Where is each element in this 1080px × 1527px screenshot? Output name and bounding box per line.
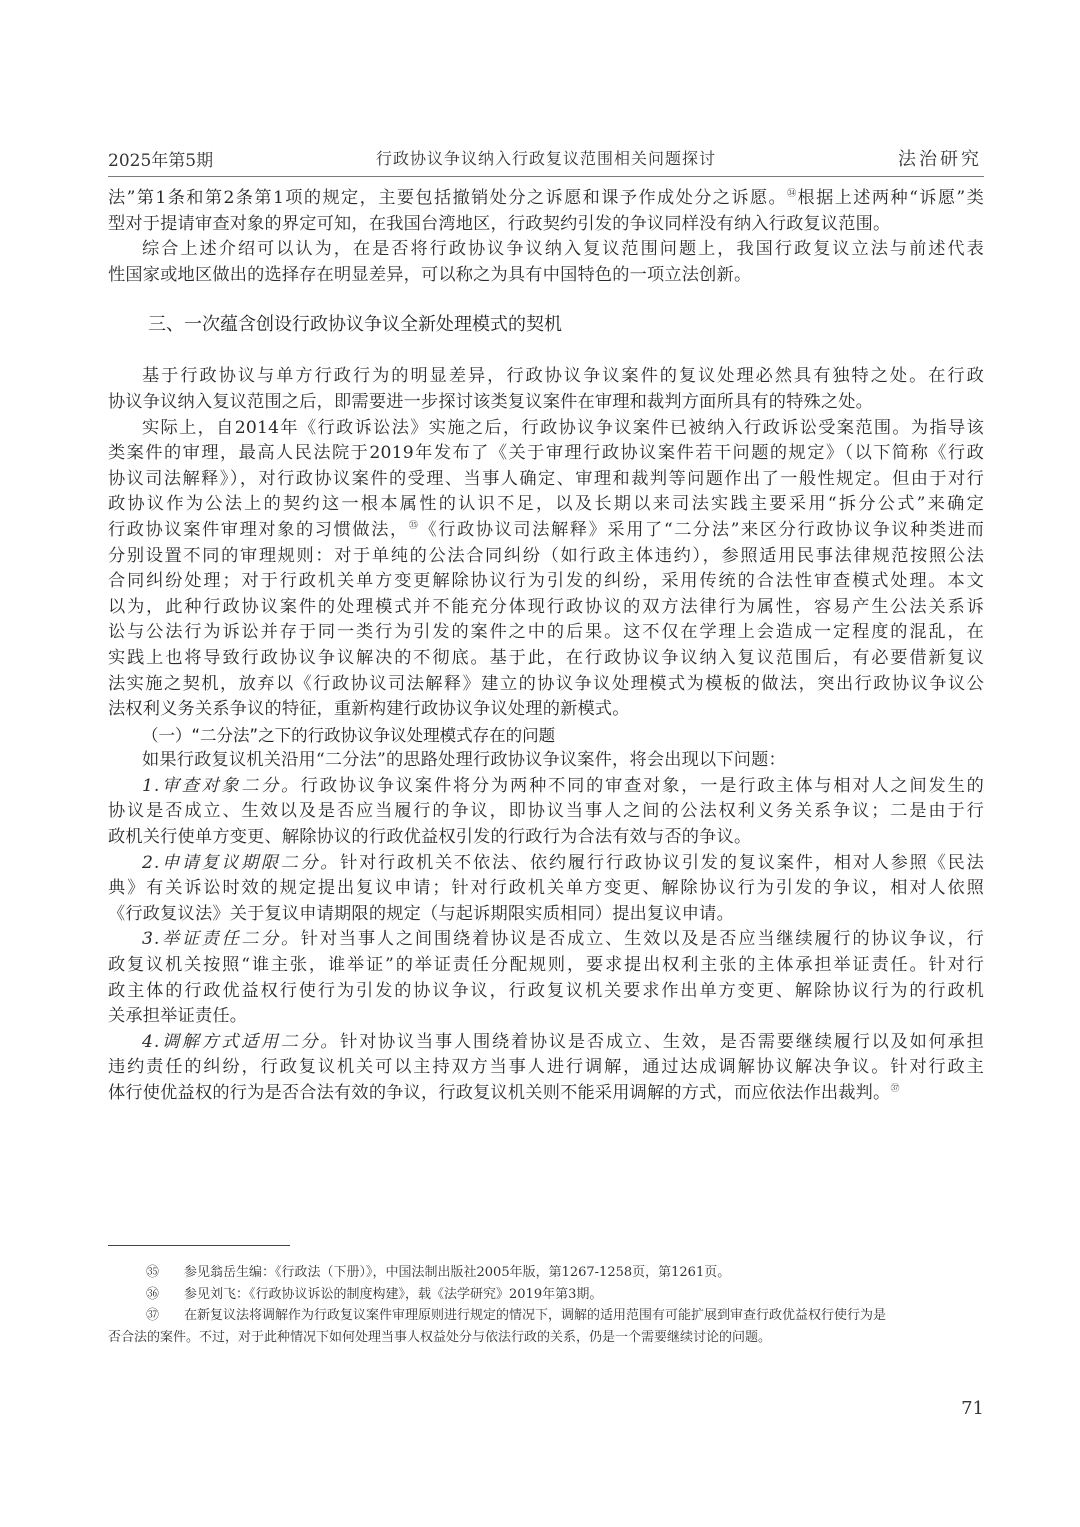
text-line: 协议司法解释》），对行政协议案件的受理、当事人确定、审理和裁判等问题作出了一般性… xyxy=(108,467,984,493)
text-line: 3.举证责任二分。针对当事人之间围绕着协议是否成立、生效以及是否应当继续履行的协… xyxy=(108,927,984,953)
text-line: 《行政复议法》关于复议申请期限的规定（与起诉期限实质相同）提出复议申请。 xyxy=(108,902,984,928)
issue-label: 2025年第5期 xyxy=(108,146,213,171)
text-line: 性国家或地区做出的选择存在明显差异，可以称之为具有中国特色的一项立法创新。 xyxy=(108,263,984,289)
text-line: 4.调解方式适用二分。针对协议当事人围绕着协议是否成立、生效，是否需要继续履行以… xyxy=(108,1030,984,1056)
text-line: 基于行政协议与单方行政行为的明显差异，行政协议争议案件的复议处理必然具有独特之处… xyxy=(108,364,984,390)
text-line: 综合上述介绍可以认为，在是否将行政协议争议纳入复议范围问题上，我国行政复议立法与… xyxy=(108,237,984,263)
footnote-continuation: 否合法的案件。不过，对于此种情况下如何处理当事人权益处分与依法行政的关系，仍是一… xyxy=(108,1327,984,1349)
text-line: 分别设置不同的审理规则：对于单纯的公法合同纠纷（如行政主体违约），参照适用民事法… xyxy=(108,544,984,570)
footnote-ref[interactable]: ㉟ xyxy=(409,521,420,531)
footnotes: ㉟参见翁岳生编：《行政法（下册）》，中国法制出版社2005年版，第1267-12… xyxy=(108,1262,984,1348)
text-line: 2.申请复议期限二分。针对行政机关不依法、依约履行行政协议引发的复议案件，相对人… xyxy=(108,851,984,877)
item-heading: 1.审查对象二分。 xyxy=(142,776,301,796)
text-line: 政协议作为公法上的契约这一根本属性的认识不足，以及长期以来司法实践主要采用“拆分… xyxy=(108,492,984,518)
footnote: ㊱参见刘飞：《行政协议诉讼的制度构建》，载《法学研究》2019年第3期。 xyxy=(108,1284,984,1306)
article-body: 法”第1条和第2条第1项的规定，主要包括撤销处分之诉愿和课予作成处分之诉愿。㉞根… xyxy=(108,186,984,1107)
text-line: 实践上也将导致行政协议争议解决的不彻底。基于此，在行政协议争议纳入复议范围后，有… xyxy=(108,646,984,672)
footnote: ㊲在新复议法将调解作为行政复议案件审理原则进行规定的情况下，调解的适用范围有可能… xyxy=(108,1305,984,1327)
text-line: 型对于提请审查对象的界定可知，在我国台湾地区，行政契约引发的争议同样没有纳入行政… xyxy=(108,212,984,238)
item-heading: 3.举证责任二分。 xyxy=(142,929,301,949)
text-span: 行政协议争议案件将分为两种不同的审查对象，一是行政主体与相对人之间发生的 xyxy=(301,776,984,796)
running-title: 行政协议争议纳入行政复议范围相关问题探讨 xyxy=(376,146,716,169)
footnote-number: ㉟ xyxy=(108,1262,184,1284)
text-line: 协议争议纳入复议范围之后，即需要进一步探讨该类复议案件在审理和裁判方面所具有的特… xyxy=(108,390,984,416)
text-line: 法”第1条和第2条第1项的规定，主要包括撤销处分之诉愿和课予作成处分之诉愿。㉞根… xyxy=(108,186,984,212)
footnote-text: 参见刘飞：《行政协议诉讼的制度构建》，载《法学研究》2019年第3期。 xyxy=(184,1287,602,1302)
paragraph: 基于行政协议与单方行政行为的明显差异，行政协议争议案件的复议处理必然具有独特之处… xyxy=(108,364,984,415)
footnote: ㉟参见翁岳生编：《行政法（下册）》，中国法制出版社2005年版，第1267-12… xyxy=(108,1262,984,1284)
footnote-text: 参见翁岳生编：《行政法（下册）》，中国法制出版社2005年版，第1267-125… xyxy=(184,1265,730,1280)
paragraph: 综合上述介绍可以认为，在是否将行政协议争议纳入复议范围问题上，我国行政复议立法与… xyxy=(108,237,984,288)
footnote-ref[interactable]: ㊲ xyxy=(890,1084,899,1094)
text-line: 以为，此种行政协议案件的处理模式并不能充分体现行政协议的双方法律行为属性，容易产… xyxy=(108,595,984,621)
text-line: 政复议机关按照“谁主张，谁举证”的举证责任分配规则，要求提出权利主张的主体承担举… xyxy=(108,953,984,979)
subsection-heading: （一）“二分法”之下的行政协议争议处理模式存在的问题 xyxy=(108,723,984,749)
journal-name: 法治研究 xyxy=(898,145,982,171)
text-line: 违约责任的纠纷，行政复议机关可以主持双方当事人进行调解，通过达成调解协议解决争议… xyxy=(108,1055,984,1081)
text-span: 根据上述两种“诉愿”类 xyxy=(798,188,984,208)
item-heading: 2.申请复议期限二分。 xyxy=(142,853,340,873)
text-line: 法权利义务关系争议的特征，重新构建行政协议争议处理的新模式。 xyxy=(108,697,984,723)
page-number: 71 xyxy=(961,1398,984,1419)
text-line: 如果行政复议机关沿用“二分法”的思路处理行政协议争议案件，将会出现以下问题： xyxy=(108,748,984,774)
section-heading: 三、一次蕴含创设行政协议争议全新处理模式的契机 xyxy=(108,312,984,338)
text-span: 针对行政机关不依法、依约履行行政协议引发的复议案件，相对人参照《民法 xyxy=(340,853,984,873)
footnote-ref[interactable]: ㉞ xyxy=(787,189,797,199)
item-heading: 4.调解方式适用二分。 xyxy=(142,1032,340,1052)
text-line: 典》有关诉讼时效的规定提出复议申请；针对行政机关单方变更、解除协议行为引发的争议… xyxy=(108,876,984,902)
text-line: 体行使优益权的行为是否合法有效的争议，行政复议机关则不能采用调解的方式，而应依法… xyxy=(108,1081,984,1107)
text-span: 行政协议案件审理对象的习惯做法， xyxy=(108,520,409,540)
text-line: 政机关行使单方变更、解除协议的行政优益权引发的行政行为合法有效与否的争议。 xyxy=(108,825,984,851)
text-span: 《行政协议司法解释》采用了“二分法”来区分行政协议争议种类进而 xyxy=(419,520,984,540)
list-item: 4.调解方式适用二分。针对协议当事人围绕着协议是否成立、生效，是否需要继续履行以… xyxy=(108,1030,984,1107)
text-line: 协议是否成立、生效以及是否应当履行的争议，即协议当事人之间的公法权利义务关系争议… xyxy=(108,799,984,825)
text-line: 行政协议案件审理对象的习惯做法，㉟《行政协议司法解释》采用了“二分法”来区分行政… xyxy=(108,518,984,544)
text-line: 类案件的审理，最高人民法院于2019年发布了《关于审理行政协议案件若干问题的规定… xyxy=(108,441,984,467)
text-line: 实际上，自2014年《行政诉讼法》实施之后，行政协议争议案件已被纳入行政诉讼受案… xyxy=(108,416,984,442)
text-line: 关承担举证责任。 xyxy=(108,1004,984,1030)
list-item: 3.举证责任二分。针对当事人之间围绕着协议是否成立、生效以及是否应当继续履行的协… xyxy=(108,927,984,1029)
list-item: 2.申请复议期限二分。针对行政机关不依法、依约履行行政协议引发的复议案件，相对人… xyxy=(108,851,984,928)
text-line: 政主体的行政优益权行使行为引发的协议争议，行政复议机关要求作出单方变更、解除协议… xyxy=(108,979,984,1005)
footnote-number: ㊲ xyxy=(108,1305,184,1327)
text-line: 1.审查对象二分。行政协议争议案件将分为两种不同的审查对象，一是行政主体与相对人… xyxy=(108,774,984,800)
text-line: 合同纠纷处理；对于行政机关单方变更解除协议行为引发的纠纷，采用传统的合法性审查模… xyxy=(108,569,984,595)
text-span: 法”第1条和第2条第1项的规定，主要包括撤销处分之诉愿和课予作成处分之诉愿。 xyxy=(108,188,787,208)
footnote-number: ㊱ xyxy=(108,1284,184,1306)
text-span: 针对当事人之间围绕着协议是否成立、生效以及是否应当继续履行的协议争议，行 xyxy=(301,929,984,949)
footnote-divider xyxy=(108,1245,290,1246)
footnote-text: 在新复议法将调解作为行政复议案件审理原则进行规定的情况下，调解的适用范围有可能扩… xyxy=(184,1308,886,1323)
text-line: 讼与公法行为诉讼并存于同一类行为引发的案件之中的后果。这不仅在学理上会造成一定程… xyxy=(108,620,984,646)
list-item: 1.审查对象二分。行政协议争议案件将分为两种不同的审查对象，一是行政主体与相对人… xyxy=(108,774,984,851)
paragraph: 法”第1条和第2条第1项的规定，主要包括撤销处分之诉愿和课予作成处分之诉愿。㉞根… xyxy=(108,186,984,237)
running-header: 2025年第5期 行政协议争议纳入行政复议范围相关问题探讨 法治研究 xyxy=(108,146,984,177)
paragraph: 实际上，自2014年《行政诉讼法》实施之后，行政协议争议案件已被纳入行政诉讼受案… xyxy=(108,416,984,723)
text-line: 法实施之契机，放弃以《行政协议司法解释》建立的协议争议处理模式为模板的做法，突出… xyxy=(108,672,984,698)
text-span: 针对协议当事人围绕着协议是否成立、生效，是否需要继续履行以及如何承担 xyxy=(340,1032,984,1052)
text-span: 体行使优益权的行为是否合法有效的争议，行政复议机关则不能采用调解的方式，而应依法… xyxy=(108,1083,890,1103)
